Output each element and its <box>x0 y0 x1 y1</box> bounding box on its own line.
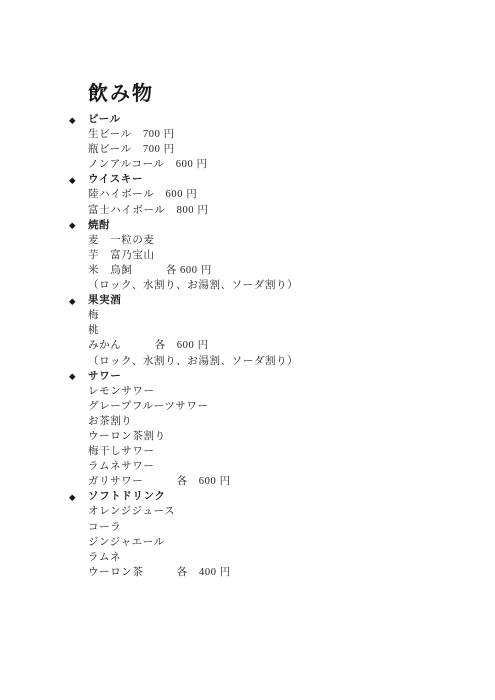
menu-item-text: 陸ハイボール 600 円 <box>88 189 197 200</box>
menu-section-header: ◆サワー <box>88 369 475 384</box>
menu-item-text: お茶割り <box>88 416 132 427</box>
menu-item-text: ラムネサワー <box>88 461 155 472</box>
diamond-bullet-icon: ◆ <box>69 490 76 505</box>
menu-item-row: ラムネサワー <box>88 459 475 474</box>
menu-section-header: ◆果実酒 <box>88 293 475 308</box>
menu-item-text: グレープフルーツサワー <box>88 401 209 412</box>
menu-section-label: ウイスキー <box>88 174 143 185</box>
menu-item-row: 梅干しサワー <box>88 444 475 459</box>
menu-item-text: 梅干しサワー <box>88 446 155 457</box>
page-title: 飲み物 <box>88 82 475 106</box>
menu-item-text: ラムネ <box>88 552 121 563</box>
menu-item-row: お茶割り <box>88 414 475 429</box>
menu-item-row: ジンジャエール <box>88 535 475 550</box>
menu-item-row: ウーロン茶 各 400 円 <box>88 565 475 580</box>
menu-section-label: 果実酒 <box>88 295 121 306</box>
menu-item-text: 麦 一粒の麦 <box>88 235 155 246</box>
menu-item-row: ガリサワー 各 600 円 <box>88 474 475 489</box>
menu-item-row: レモンサワー <box>88 384 475 399</box>
menu-item-text: ガリサワー 各 600 円 <box>88 476 231 487</box>
menu-item-row: 生ビール 700 円 <box>88 127 475 142</box>
diamond-bullet-icon: ◆ <box>69 113 76 128</box>
menu-page: 飲み物 ◆ビール生ビール 700 円瓶ビール 700 円ノンアルコール 600 … <box>0 0 495 700</box>
menu-section-label: 焼酎 <box>88 220 110 231</box>
menu-item-row: ウーロン茶割り <box>88 429 475 444</box>
menu-item-text: レモンサワー <box>88 386 155 397</box>
menu-item-text: 桃 <box>88 325 99 336</box>
menu-item-text: ノンアルコール 600 円 <box>88 159 208 170</box>
menu-section-header: ◆ソフトドリンク <box>88 489 475 504</box>
menu-section-header: ◆ビール <box>88 112 475 127</box>
menu-item-row: みかん 各 600 円 <box>88 338 475 353</box>
menu-item-row: 富士ハイボール 800 円 <box>88 203 475 218</box>
diamond-bullet-icon: ◆ <box>69 173 76 188</box>
menu-item-text: みかん 各 600 円 <box>88 340 209 351</box>
menu-item-text: 芋 富乃宝山 <box>88 250 155 261</box>
menu-item-row: ラムネ <box>88 550 475 565</box>
drink-menu-list: ◆ビール生ビール 700 円瓶ビール 700 円ノンアルコール 600 円◆ウイ… <box>88 112 475 580</box>
menu-item-text: オレンジジュース <box>88 506 175 517</box>
menu-item-row: 瓶ビール 700 円 <box>88 142 475 157</box>
menu-item-row: （ロック、水割り、お湯割、ソーダ割り） <box>88 354 475 369</box>
menu-item-text: （ロック、水割り、お湯割、ソーダ割り） <box>88 280 298 291</box>
menu-section-header: ◆焼酎 <box>88 218 475 233</box>
menu-item-text: （ロック、水割り、お湯割、ソーダ割り） <box>88 356 298 367</box>
menu-item-text: 梅 <box>88 310 99 321</box>
menu-item-row: コーラ <box>88 520 475 535</box>
menu-item-text: ウーロン茶 各 400 円 <box>88 567 231 578</box>
menu-item-row: （ロック、水割り、お湯割、ソーダ割り） <box>88 278 475 293</box>
menu-item-row: 桃 <box>88 323 475 338</box>
menu-item-row: 芋 富乃宝山 <box>88 248 475 263</box>
menu-item-row: 麦 一粒の麦 <box>88 233 475 248</box>
menu-item-text: 瓶ビール 700 円 <box>88 144 175 155</box>
diamond-bullet-icon: ◆ <box>69 294 76 309</box>
diamond-bullet-icon: ◆ <box>69 369 76 384</box>
menu-item-row: ノンアルコール 600 円 <box>88 157 475 172</box>
menu-item-row: 梅 <box>88 308 475 323</box>
menu-section-label: ビール <box>88 114 121 125</box>
menu-section-label: サワー <box>88 371 121 382</box>
menu-item-row: 米 鳥飼 各 600 円 <box>88 263 475 278</box>
menu-item-text: ウーロン茶割り <box>88 431 166 442</box>
menu-item-text: 生ビール 700 円 <box>88 129 175 140</box>
menu-section-label: ソフトドリンク <box>88 491 166 502</box>
menu-section-header: ◆ウイスキー <box>88 172 475 187</box>
menu-item-row: オレンジジュース <box>88 504 475 519</box>
menu-item-text: ジンジャエール <box>88 537 165 548</box>
menu-item-row: グレープフルーツサワー <box>88 399 475 414</box>
menu-item-row: 陸ハイボール 600 円 <box>88 187 475 202</box>
diamond-bullet-icon: ◆ <box>69 218 76 233</box>
menu-item-text: 富士ハイボール 800 円 <box>88 205 208 216</box>
menu-item-text: 米 鳥飼 各 600 円 <box>88 265 212 276</box>
menu-item-text: コーラ <box>88 522 121 533</box>
